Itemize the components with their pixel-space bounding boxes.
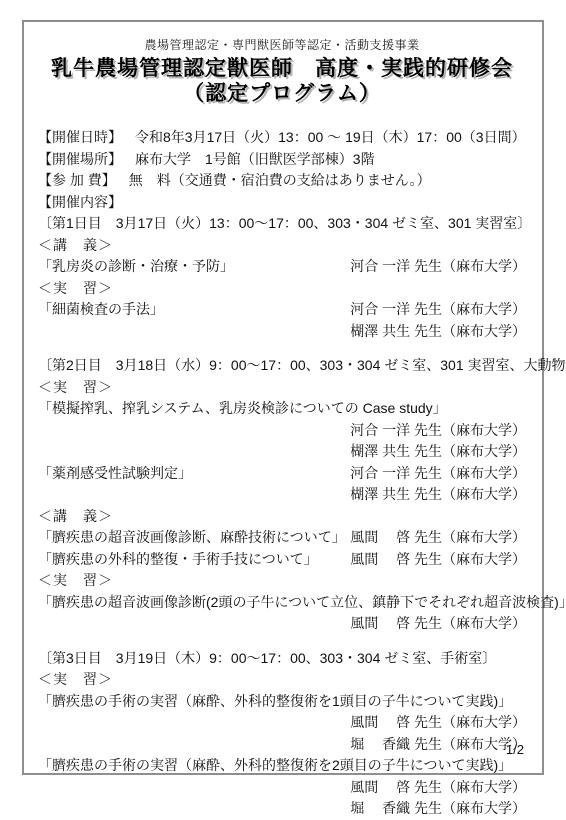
lecturer-name: 風間 啓 先生（麻布大学） — [350, 549, 526, 571]
lecturer-name: 河合 一洋 先生（麻布大学） — [38, 420, 526, 442]
program-category-label: 農場管理認定・専門獣医師等認定・活動支援事業 — [38, 37, 526, 53]
info-label-fee: 【参 加 費】 — [38, 172, 116, 188]
course-title: 「薬剤感受性試験判定」 — [38, 463, 192, 485]
section-label-practice: ＜実 習＞ — [38, 570, 526, 592]
course-row: 「臍疾患の外科的整復・手術手技について」 風間 啓 先生（麻布大学） — [38, 549, 526, 571]
lecturer-name: 風間 啓 先生（麻布大学） — [38, 712, 526, 734]
page-number: 1/2 — [506, 742, 524, 757]
course-row: 「細菌検査の手法」 河合 一洋 先生（麻布大学） — [38, 299, 526, 321]
lecturer-name: 楜澤 共生 先生（麻布大学） — [38, 441, 526, 463]
document-title-line-2: （認定プログラム） — [38, 81, 526, 106]
course-title: 「臍疾患の手術の実習（麻酔、外科的整復術を1頭目の子牛について実践)」 — [38, 691, 526, 713]
day-3-header: 〔第3日目 3月19日（木）9：00～17：00、303・304 ゼミ室、手術室… — [38, 648, 526, 670]
section-label-lecture: ＜講 義＞ — [38, 506, 526, 528]
course-title: 「細菌検査の手法」 — [38, 299, 164, 321]
course-title: 「乳房炎の診断・治療・予防」 — [38, 256, 234, 278]
info-row-contents: 【開催内容】 — [38, 192, 526, 214]
document-title-line-1: 乳牛農場管理認定獣医師 高度・実践的研修会 — [38, 56, 526, 81]
lecturer-name: 風間 啓 先生（麻布大学） — [38, 777, 526, 799]
info-value-venue: 麻布大学 1号館（旧獣医学部棟）3階 — [135, 151, 375, 167]
info-row-venue: 【開催場所】麻布大学 1号館（旧獣医学部棟）3階 — [38, 149, 526, 171]
course-title: 「臍疾患の外科的整復・手術手技について」 — [38, 549, 318, 571]
course-row: 「乳房炎の診断・治療・予防」 河合 一洋 先生（麻布大学） — [38, 256, 526, 278]
day-section-2: 〔第2日目 3月18日（水）9：00～17：00、303・304 ゼミ室、301… — [38, 355, 526, 635]
lecturer-name: 河合 一洋 先生（麻布大学） — [350, 463, 526, 485]
section-label-practice: ＜実 習＞ — [38, 669, 526, 691]
lecturer-name: 堀 香織 先生（麻布大学） — [38, 734, 526, 756]
info-row-fee: 【参 加 費】無 料（交通費・宿泊費の支給はありません。） — [38, 170, 526, 192]
day-section-3: 〔第3日目 3月19日（木）9：00～17：00、303・304 ゼミ室、手術室… — [38, 648, 526, 820]
event-info: 【開催日時】令和8年3月17日（火）13：00 ～ 19日（木）17：00（3日… — [38, 127, 526, 213]
lecturer-name: 堀 香織 先生（麻布大学） — [38, 798, 526, 820]
course-title: 「臍疾患の手術の実習（麻酔、外科的整復術を2頭目の子牛について実践)」 — [38, 755, 526, 777]
lecturer-name: 楜澤 共生 先生（麻布大学） — [38, 484, 526, 506]
section-label-lecture: ＜講 義＞ — [38, 235, 526, 257]
info-label-venue: 【開催場所】 — [38, 151, 122, 167]
day-section-1: 〔第1日目 3月17日（火）13：00～17：00、303・304 ゼミ室、30… — [38, 213, 526, 342]
info-label-contents: 【開催内容】 — [38, 194, 122, 210]
day-1-header: 〔第1日目 3月17日（火）13：00～17：00、303・304 ゼミ室、30… — [38, 213, 526, 235]
section-label-practice: ＜実 習＞ — [38, 377, 526, 399]
course-row: 「臍疾患の超音波画像診断、麻酔技術について」 風間 啓 先生（麻布大学） — [38, 527, 526, 549]
day-2-header: 〔第2日目 3月18日（水）9：00～17：00、303・304 ゼミ室、301… — [38, 355, 526, 377]
lecturer-name: 楜澤 共生 先生（麻布大学） — [38, 321, 526, 343]
document-page: 農場管理認定・専門獣医師等認定・活動支援事業 乳牛農場管理認定獣医師 高度・実践… — [0, 0, 566, 800]
document-frame: 農場管理認定・専門獣医師等認定・活動支援事業 乳牛農場管理認定獣医師 高度・実践… — [22, 20, 544, 775]
lecturer-name: 風間 啓 先生（麻布大学） — [350, 527, 526, 549]
info-value-datetime: 令和8年3月17日（火）13：00 ～ 19日（木）17：00（3日間） — [135, 129, 526, 145]
course-title: 「臍疾患の超音波画像診断、麻酔技術について」 — [38, 527, 346, 549]
lecturer-name: 風間 啓 先生（麻布大学） — [38, 613, 526, 635]
section-label-practice: ＜実 習＞ — [38, 278, 526, 300]
info-value-fee: 無 料（交通費・宿泊費の支給はありません。） — [129, 172, 431, 188]
lecturer-name: 河合 一洋 先生（麻布大学） — [350, 256, 526, 278]
course-row: 「薬剤感受性試験判定」 河合 一洋 先生（麻布大学） — [38, 463, 526, 485]
info-row-datetime: 【開催日時】令和8年3月17日（火）13：00 ～ 19日（木）17：00（3日… — [38, 127, 526, 149]
info-label-datetime: 【開催日時】 — [38, 129, 122, 145]
lecturer-name: 河合 一洋 先生（麻布大学） — [350, 299, 526, 321]
course-title: 「臍疾患の超音波画像診断(2頭の子牛について立位、鎮静下でそれぞれ超音波検査)」 — [38, 592, 526, 614]
course-title: 「模擬搾乳、搾乳システム、乳房炎検診についての Case study」 — [38, 398, 526, 420]
